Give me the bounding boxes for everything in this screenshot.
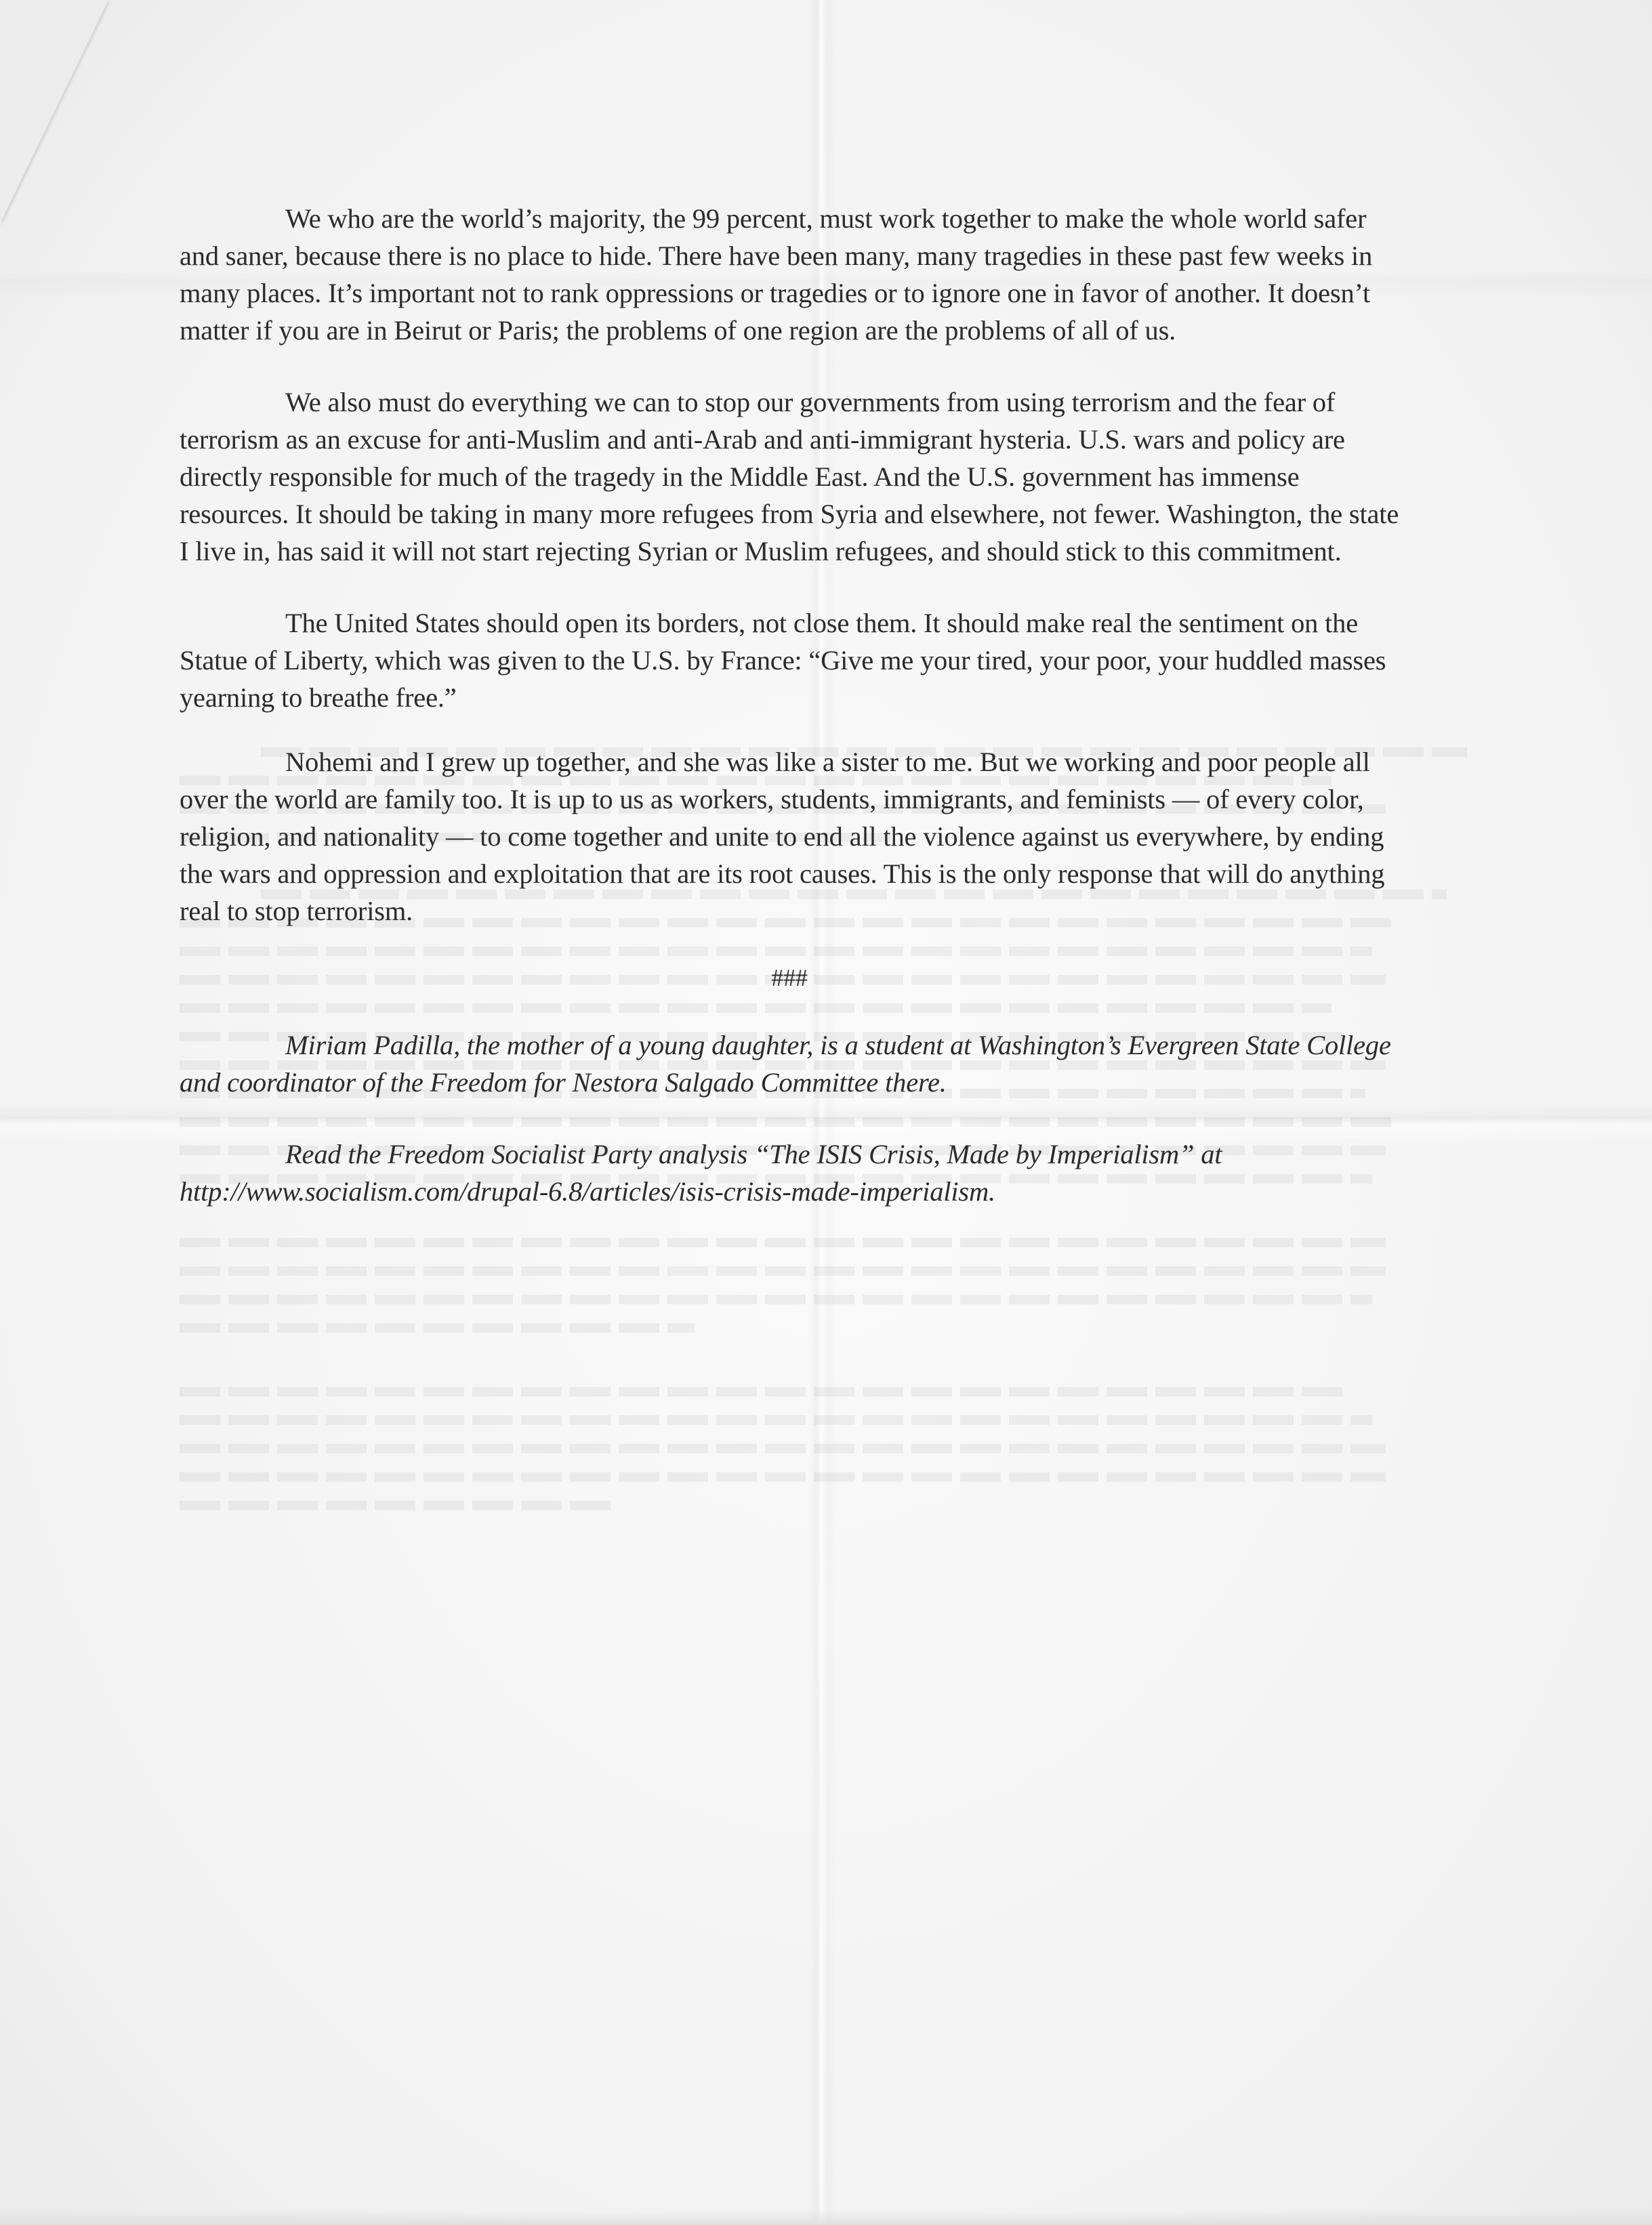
paragraph-open-borders: The United States should open its border… [180,604,1399,716]
scanned-page: We who are the world’s majority, the 99 … [0,0,1652,2225]
document-body: We who are the world’s majority, the 99 … [180,200,1399,1245]
paragraph-stop-governments: We also must do everything we can to sto… [180,383,1399,570]
scan-bottom-edge [0,2210,1652,2225]
author-bio: Miriam Padilla, the mother of a young da… [180,1026,1399,1101]
section-separator: ### [180,959,1399,997]
paragraph-99-percent: We who are the world’s majority, the 99 … [180,200,1399,349]
folded-corner [0,0,108,224]
paragraph-nohemi: Nohemi and I grew up together, and she w… [180,743,1399,930]
read-more-note: Read the Freedom Socialist Party analysi… [180,1136,1399,1210]
